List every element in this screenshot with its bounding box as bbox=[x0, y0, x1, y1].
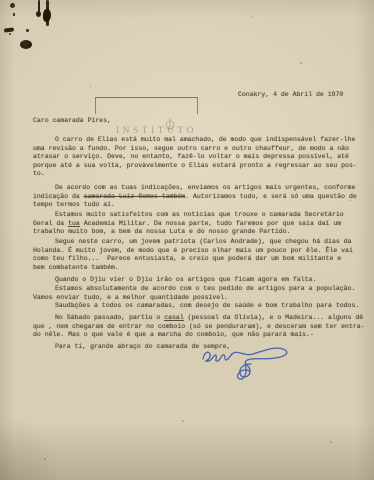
paper-speckle bbox=[300, 62, 302, 64]
pencil-box-annotation bbox=[95, 97, 198, 114]
paper-speckle bbox=[330, 441, 332, 443]
archive-stamp-text: INSTITUTO bbox=[116, 126, 197, 136]
text-line: Vamos enviar tudo, e a melhor quantidade… bbox=[33, 294, 369, 303]
text-segment: Academia Militar. Da nossa parte, tudo f… bbox=[80, 220, 341, 227]
paper-speckle bbox=[44, 458, 46, 460]
text-line: Holanda. É muito jovem, de modo que é pr… bbox=[33, 247, 369, 256]
ink-stain bbox=[43, 9, 51, 22]
ink-stain bbox=[9, 33, 11, 35]
text-line: De acordo com as tuas indicações, enviam… bbox=[33, 184, 369, 193]
paragraph-7: Saudações a todos os camaradas, com dese… bbox=[33, 302, 369, 311]
paragraph-1: O carro de Elias está muito mal amachado… bbox=[33, 136, 369, 179]
text-segment: No Sábado passado, partiu o bbox=[55, 314, 164, 321]
letter-page: Conakry, 4 de Abril de 1970 Caro camarad… bbox=[0, 0, 374, 480]
ink-stain bbox=[10, 3, 15, 8]
underlined-text: tua bbox=[68, 220, 80, 227]
text-line: uma revisão a fundo. Por isso, segue out… bbox=[33, 145, 369, 154]
text-segment: indicação da bbox=[33, 193, 84, 200]
paper-speckle bbox=[90, 85, 91, 87]
ink-stain bbox=[20, 40, 32, 49]
text-line: trabalho muito bom, a bem da nossa Luta … bbox=[33, 228, 369, 237]
signature bbox=[193, 334, 298, 385]
text-line: Geral da tua Academia Militar. Da nossa … bbox=[33, 220, 369, 229]
paragraph-3: Estamos muito satisfeitos com as notícia… bbox=[33, 211, 369, 237]
text-line: Segue neste carro, um jovem patriota (Ca… bbox=[33, 238, 369, 247]
text-line: que , nem chegaram de entrar no comboio … bbox=[33, 323, 369, 332]
text-line: atrasar o serviço. Deve, no entanto, faz… bbox=[33, 153, 369, 162]
underlined-text: casal bbox=[164, 314, 184, 321]
paragraph-2: De acordo com as tuas indicações, enviam… bbox=[33, 184, 369, 210]
text-line: Saudações a todos os camaradas, com dese… bbox=[33, 302, 369, 311]
date-line: Conakry, 4 de Abril de 1970 bbox=[238, 91, 343, 100]
paper-speckle bbox=[252, 16, 253, 18]
text-line: tempo termos tudo aí. bbox=[33, 201, 369, 210]
text-line: Estamos absolutamente de acordo com o te… bbox=[33, 285, 369, 294]
text-line: Quando o Djiu vier o Djiu irão os artigo… bbox=[33, 276, 369, 285]
paragraph-5: Quando o Djiu vier o Djiu irão os artigo… bbox=[33, 276, 369, 285]
ink-stain bbox=[26, 29, 29, 32]
ink-stain bbox=[13, 13, 15, 16]
struck-text: camarada Luiz Gomes também bbox=[84, 193, 185, 200]
salutation: Caro camarada Pires, bbox=[33, 117, 111, 126]
text-segment: Geral da bbox=[33, 220, 68, 227]
text-line: porque até a sua volta, provàvelmente o … bbox=[33, 162, 369, 171]
paragraph-4: Segue neste carro, um jovem patriota (Ca… bbox=[33, 238, 369, 272]
paper-speckle bbox=[182, 420, 184, 422]
ink-stain bbox=[4, 27, 14, 32]
text-line: bem combatente também. bbox=[33, 264, 369, 273]
paragraph-6: Estamos absolutamente de acordo com o te… bbox=[33, 285, 369, 302]
text-segment: . Autorizamos tudo, e será só uma questã… bbox=[185, 193, 357, 200]
text-segment: (pessoal da Olívia), e o Madeira... algu… bbox=[184, 314, 363, 321]
text-line: No Sábado passado, partiu o casal (pesso… bbox=[33, 314, 369, 323]
text-line: to. bbox=[33, 170, 369, 179]
text-line: como teu filho... Parece entusiasta, e c… bbox=[33, 255, 369, 264]
ink-stain bbox=[36, 11, 41, 17]
text-line: O carro de Elias está muito mal amachado… bbox=[33, 136, 369, 145]
text-line: Estamos muito satisfeitos com as notícia… bbox=[33, 211, 369, 220]
text-line: indicação da camarada Luiz Gomes também.… bbox=[33, 193, 369, 202]
